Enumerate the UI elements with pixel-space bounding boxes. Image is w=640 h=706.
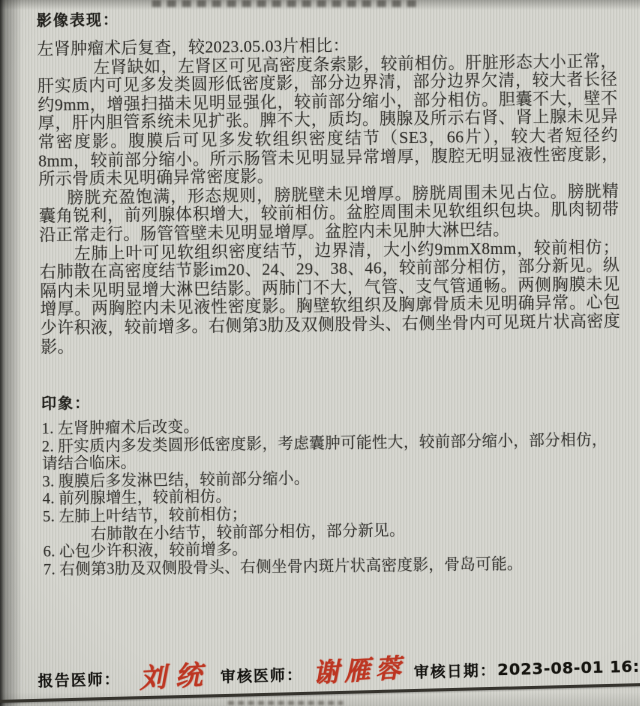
report-footer: 报告医师： 刘统 审核医师： 谢雁蓉 审核日期： 2023-08-01 16:2… — [38, 650, 633, 697]
impression-section: 印象： 1. 左肾肿瘤术后改变。 2. 肝实质内多发类圆形低密度影，考虑囊肿可能… — [41, 386, 623, 579]
review-physician-signature: 谢雁蓉 — [312, 648, 407, 690]
findings-paragraph: 左肾缺如，左肾区可见高密度条索影，较前相仿。肝脏形态大小正常，肝实质内可见多发类… — [37, 52, 619, 189]
report-photo: 影像表现： 左肾肿瘤术后复查，较2023.05.03片相比： 左肾缺如，左肾区可… — [0, 0, 640, 706]
report-physician-signature: 刘统 — [137, 653, 211, 696]
report-body: 影像表现： 左肾肿瘤术后复查，较2023.05.03片相比： 左肾缺如，左肾区可… — [37, 2, 624, 578]
findings-section: 影像表现： 左肾肿瘤术后复查，较2023.05.03片相比： 左肾缺如，左肾区可… — [37, 2, 621, 356]
clipped-footer-remnant — [228, 701, 343, 705]
report-physician-label: 报告医师： — [38, 668, 121, 691]
review-date-value: 2023-08-01 16:25:00 — [497, 656, 640, 680]
review-date-label: 审核日期： — [414, 659, 497, 682]
review-physician-label: 审核医师： — [220, 664, 303, 687]
findings-paragraph: 左肺上叶可见软组织密度结节，边界清，大小约9mmX8mm，较前相仿；右肺散在高密… — [39, 238, 620, 357]
impression-heading: 印象： — [41, 386, 621, 414]
findings-paragraph: 膀胱充盈饱满，形态规则，膀胱壁未见增厚。膀胱周围未见占位。膀胱精囊角锐利，前列腺… — [39, 182, 620, 245]
findings-heading: 影像表现： — [37, 2, 617, 30]
